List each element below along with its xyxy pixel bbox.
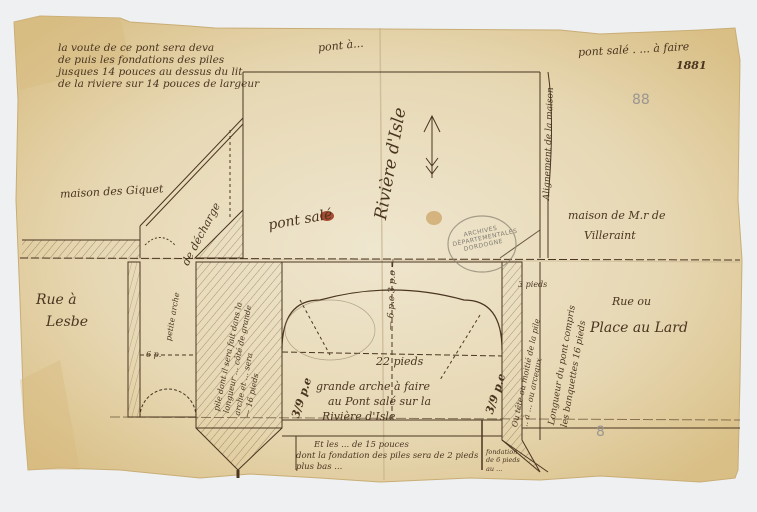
arch-title: grande arche à faire au Pont salé sur la…: [316, 380, 431, 425]
dim-22-pieds: 22 pieds: [376, 356, 423, 369]
bottom-right-note: fondation de 6 pieds au ...: [486, 448, 520, 473]
maison-right-line1: maison de M.r de: [568, 210, 665, 223]
rue-left-line1: Rue à: [36, 292, 77, 308]
pencil-mark-88: 88: [632, 92, 650, 108]
rue-left-line2: Lesbe: [46, 314, 88, 330]
note-line: la voute de ce pont sera deva: [58, 42, 259, 54]
maison-right-line2: Villeraint: [584, 230, 636, 243]
dim-3-pieds: 3 pieds: [518, 280, 547, 289]
bottom-note: Et les ... de 15 pouces dont la fondatio…: [296, 440, 478, 473]
note-line: de la riviere sur 14 pouces de largeur: [58, 78, 259, 90]
dim-6p: 6 p.: [146, 350, 161, 359]
rue-right-line1: Rue ou: [612, 296, 651, 309]
note-line: de puis les fondations des piles: [58, 54, 259, 66]
rue-right-line2: Place au Lard: [590, 320, 688, 336]
note-line: jusques 14 pouces au dessus du lit: [58, 66, 259, 78]
top-left-note: la voute de ce pont sera deva de puis le…: [58, 42, 259, 90]
pencil-mark-8: 8: [596, 424, 605, 440]
brown-stain: [426, 211, 442, 225]
year-label: 1881: [676, 60, 707, 73]
